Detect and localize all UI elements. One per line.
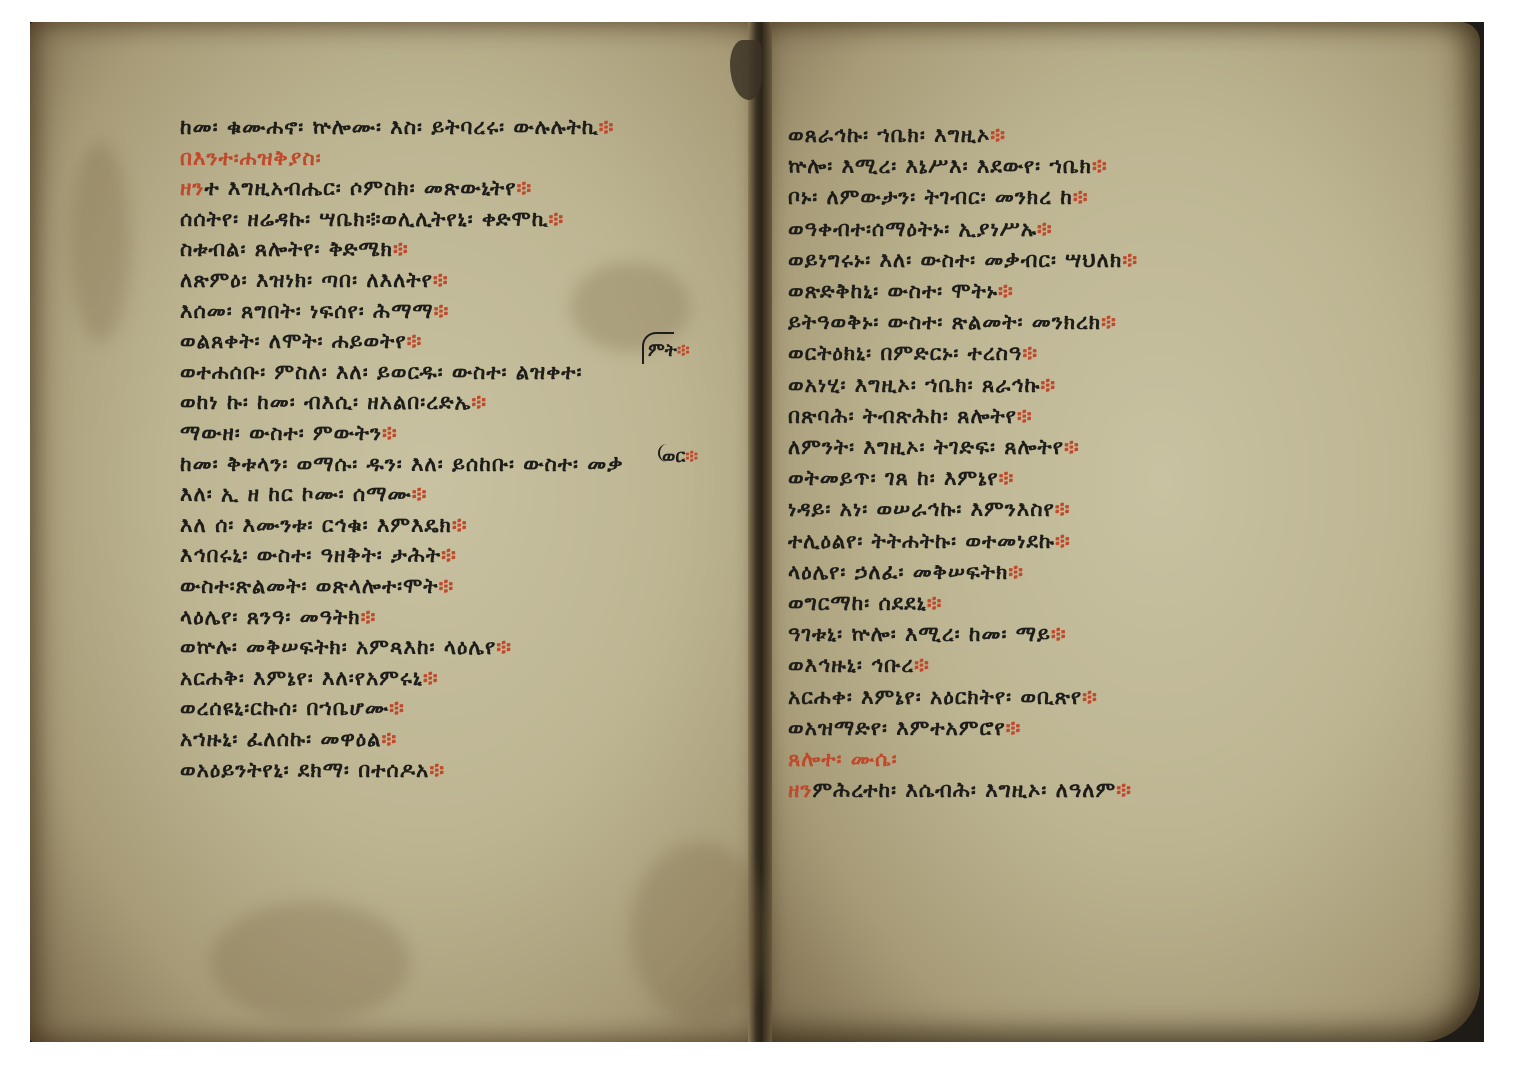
verse-divider-mark: ፨ <box>599 115 615 139</box>
text-line: እሰመ፡ ጸግበት፡ ነፍሰየ፡ ሕማማ፨ <box>180 298 449 324</box>
text-line: ወርትዕክኒ፡ በምድርኑ፡ ተረስዓ፨ <box>788 340 1038 366</box>
line-text: ወአዝማድየ፡ እምተአምሮየ <box>788 716 1006 740</box>
verse-divider-mark: ፨ <box>412 482 428 506</box>
line-text: ወግርማከ፡ ሰደደኒ <box>788 591 927 615</box>
line-text: ወይነግሩኑ፡ እለ፡ ውስተ፡ መቃብር፡ ሣህለክ <box>788 248 1122 272</box>
text-line: ወዓቀብተ፡ሰማዕትኑ፡ ኢያነሥኡ፨ <box>788 216 1053 242</box>
verse-divider-mark: ፨ <box>1022 341 1038 365</box>
line-text: ወአዕይንትየኒ፡ ደክማ፡ በተሰዶአ <box>180 758 429 782</box>
line-text: ላዕሌየ፡ ጸንዓ፡ መዓትክ <box>180 605 361 629</box>
text-line: አርሐቀ፡ እምኔየ፡ አዕርክትየ፡ ወቢጽየ፨ <box>788 684 1098 710</box>
text-line: ተሊዕልየ፡ ትትሐትኩ፡ ወተመነደኩ፨ <box>788 528 1071 554</box>
margin-note: ምት፨ <box>648 340 690 361</box>
verse-divider-mark: ፨ <box>1055 529 1071 553</box>
verse-divider-mark: ፨ <box>1092 154 1108 178</box>
rubric-initial: ዘን <box>180 176 204 200</box>
verse-divider-mark: ፨ <box>1073 185 1089 209</box>
verse-divider-mark: ፨ <box>441 543 457 567</box>
line-text: ዓገቱኒ፡ ኵሎ፡ እሚረ፡ ከመ፡ ማይ <box>788 622 1051 646</box>
text-line: ወእኅዙኒ፡ ኅቡረ፨ <box>788 652 930 678</box>
line-text: ወአነሂ፡ እግዚኦ፡ ኀቤክ፡ ጸራኅኩ <box>788 373 1040 397</box>
manuscript-photo: ከመ፡ ቁሙሐኖ፡ ኵሎሙ፡ እስ፡ ይትባረሩ፡ ውሉሉትኪ፨በእንተ፡ሐዝቅ… <box>30 22 1484 1042</box>
line-text: ወርትዕክኒ፡ በምድርኑ፡ ተረስዓ <box>788 341 1022 365</box>
line-text: ወእኅዙኒ፡ ኅቡረ <box>788 653 914 677</box>
verse-divider-mark: ፨ <box>361 605 377 629</box>
stain <box>630 842 770 1022</box>
verse-divider-mark: ፨ <box>452 513 468 537</box>
line-text: አርሐቅ፡ እምኔየ፡ እለ፡የአምሩኒ <box>180 666 423 690</box>
verse-divider-mark: ፨ <box>914 653 930 677</box>
text-line: ወጽድቅከኒ፡ ውስተ፡ ሞትኑ፨ <box>788 278 1014 304</box>
text-line: በእንተ፡ሐዝቅያስ፡ <box>180 145 322 171</box>
line-text: ማውዘ፡ ውስተ፡ ምውትን <box>180 421 382 445</box>
line-text: ወትመይጥ፡ ገጸ ከ፡ እምኔየ <box>788 466 999 490</box>
line-text: ዘንምሕረተከ፡ እሴብሕ፡ እግዚኦ፡ ለዓለም <box>788 778 1116 802</box>
text-line: ወልጸቀት፡ ለሞት፡ ሐይወትየ፨ <box>180 328 422 354</box>
text-line: ማውዘ፡ ውስተ፡ ምውትን፨ <box>180 420 398 446</box>
text-line: ላዕሌየ፡ ኃለፈ፡ መቅሠፍትክ፨ <box>788 559 1024 585</box>
line-text: ዘንተ እግዚአብሔር፡ ሶምስክ፡ መጽውኒትየ <box>180 176 516 200</box>
line-text: ወልጸቀት፡ ለሞት፡ ሐይወትየ <box>180 329 407 353</box>
line-text: እለ፡ ኢ ዘ ከር ኮሙ፡ ሰማሙ <box>180 482 412 506</box>
verse-divider-mark: ፨ <box>1082 685 1098 709</box>
verse-divider-mark: ፨ <box>1017 404 1033 428</box>
text-line: ወግርማከ፡ ሰደደኒ፨ <box>788 590 942 616</box>
text-line: ላዕሌየ፡ ጸንዓ፡ መዓትክ፨ <box>180 604 376 630</box>
line-text: ከመ፡ ቅቱላን፡ ወማሱ፡ ዱን፡ እለ፡ ይሰከቡ፡ ውስተ፡ መቃ <box>180 452 624 476</box>
text-line: ወአዕይንትየኒ፡ ደክማ፡ በተሰዶአ፨ <box>180 757 445 783</box>
text-line: ከመ፡ ቅቱላን፡ ወማሱ፡ ዱን፡ እለ፡ ይሰከቡ፡ ውስተ፡ መቃ <box>180 451 624 477</box>
line-text: እኅበሩኒ፡ ውስተ፡ ዓዘቅት፡ ታሕት <box>180 543 441 567</box>
stain <box>210 902 410 1022</box>
text-line: ስቱብል፡ ጸሎትየ፡ ቅድሜክ፨ <box>180 236 409 262</box>
line-text: እለ ሰ፡ እሙንቱ፡ ርኅቁ፡ እምእዴክ <box>180 513 452 537</box>
verse-divider-mark: ፨ <box>999 466 1015 490</box>
line-text: ወረሰዩኒ፡ርኩሰ፡ በኀቤሆሙ <box>180 696 389 720</box>
line-text: አርሐቀ፡ እምኔየ፡ አዕርክትየ፡ ወቢጽየ <box>788 685 1082 709</box>
text-line: ለምንት፡ እግዚኦ፡ ትገድፍ፡ ጸሎትየ፨ <box>788 434 1080 460</box>
rubric-initial: ዘን <box>788 778 812 802</box>
verse-divider-mark: ፨ <box>382 421 398 445</box>
text-line: ሰሰትየ፡ ዘሬዳኩ፡ ሣቤክ፨ወሊሊትየኒ፡ ቀድሞኪ፨ <box>180 206 564 232</box>
line-text: አኀዙኒ፡ ፈለሰኩ፡ መዋዕል <box>180 727 381 751</box>
verse-divider-mark: ፨ <box>438 574 454 598</box>
verse-divider-mark: ፨ <box>1116 778 1132 802</box>
text-line: ወተሐሰቡ፡ ምስለ፡ እለ፡ ይወርዱ፡ ውስተ፡ ልዝቀተ፡ <box>180 359 582 385</box>
line-text: ወጸራኅኩ፡ ኀቤክ፡ እግዚኦ <box>788 123 990 147</box>
text-line: እለ፡ ኢ ዘ ከር ኮሙ፡ ሰማሙ፨ <box>180 481 427 507</box>
text-line: ኵሎ፡ እሚረ፡ እኔሥእ፡ እደውየ፡ ኀቤክ፨ <box>788 153 1108 179</box>
line-text: ጸሎተ፡ ሙሴ፡ <box>788 747 898 771</box>
text-line: እለ ሰ፡ እሙንቱ፡ ርኅቁ፡ እምእዴክ፨ <box>180 512 468 538</box>
line-text: ነዳይ፡ አነ፡ ወሠራኅኩ፡ እምንእስየ <box>788 497 1055 521</box>
text-line: ዘንተ እግዚአብሔር፡ ሶምስክ፡ መጽውኒትየ፨ <box>180 175 532 201</box>
verse-divider-mark: ፨ <box>1037 217 1053 241</box>
text-line: ወአነሂ፡ እግዚኦ፡ ኀቤክ፡ ጸራኅኩ፨ <box>788 372 1056 398</box>
verse-divider-mark: ፨ <box>389 696 405 720</box>
text-line: ዘንምሕረተከ፡ እሴብሕ፡ እግዚኦ፡ ለዓለም፨ <box>788 777 1132 803</box>
verse-divider-mark: ፨ <box>998 279 1014 303</box>
text-line: እኅበሩኒ፡ ውስተ፡ ዓዘቅት፡ ታሕት፨ <box>180 542 457 568</box>
verse-divider-mark: ፨ <box>927 591 943 615</box>
line-text: ተሊዕልየ፡ ትትሐትኩ፡ ወተመነደኩ <box>788 529 1055 553</box>
line-text: ወተሐሰቡ፡ ምስለ፡ እለ፡ ይወርዱ፡ ውስተ፡ ልዝቀተ፡ <box>180 360 582 384</box>
text-line: ወትመይጥ፡ ገጸ ከ፡ እምኔየ፨ <box>788 465 1014 491</box>
line-text: ወጽድቅከኒ፡ ውስተ፡ ሞትኑ <box>788 279 998 303</box>
text-line: ከመ፡ ቁሙሐኖ፡ ኵሎሙ፡ እስ፡ ይትባረሩ፡ ውሉሉትኪ፨ <box>180 114 614 140</box>
verse-divider-mark: ፨ <box>990 123 1006 147</box>
text-line: ወኵሉ፡ መቅሠፍትክ፡ አምጻእከ፡ ላዕሌየ፨ <box>180 634 512 660</box>
line-text: ወኵሉ፡ መቅሠፍትክ፡ አምጻእከ፡ ላዕሌየ <box>180 635 496 659</box>
verse-divider-mark: ፨ <box>1040 373 1056 397</box>
line-text: በጽባሕ፡ ትብጽሕከ፡ ጸሎትየ <box>788 404 1017 428</box>
line-text: እሰመ፡ ጸግበት፡ ነፍሰየ፡ ሕማማ <box>180 299 434 323</box>
line-text: ወከነ ኩ፡ ከመ፡ ብእሲ፡ ዘአልበ፡ረድኤ <box>180 390 471 414</box>
verse-divider-mark: ፨ <box>516 176 532 200</box>
verse-divider-mark: ፨ <box>1051 622 1067 646</box>
text-line: አኀዙኒ፡ ፈለሰኩ፡ መዋዕል፨ <box>180 726 397 752</box>
text-line: ወጸራኅኩ፡ ኀቤክ፡ እግዚኦ፨ <box>788 122 1006 148</box>
line-text: ላዕሌየ፡ ኃለፈ፡ መቅሠፍትክ <box>788 560 1008 584</box>
line-text: ቦኑ፡ ለምውታን፡ ትገብር፡ መንክረ ከ <box>788 185 1073 209</box>
verse-divider-mark: ፨ <box>471 390 487 414</box>
text-line: ነዳይ፡ አነ፡ ወሠራኅኩ፡ እምንእስየ፨ <box>788 496 1071 522</box>
text-line: ጸሎተ፡ ሙሴ፡ <box>788 746 898 772</box>
margin-note: ወር፨ <box>662 446 698 467</box>
text-line: ወይነግሩኑ፡ እለ፡ ውስተ፡ መቃብር፡ ሣህለክ፨ <box>788 247 1138 273</box>
verse-divider-mark: ፨ <box>407 329 423 353</box>
text-line: ለጽምዕ፡ እዝነክ፡ ጣበ፡ ለእለትየ፨ <box>180 267 449 293</box>
verse-divider-mark: ፨ <box>1006 716 1022 740</box>
line-text: ከመ፡ ቁሙሐኖ፡ ኵሎሙ፡ እስ፡ ይትባረሩ፡ ውሉሉትኪ <box>180 115 599 139</box>
text-line: ውስተ፡ጽልመት፡ ወጽላሎተ፡ሞት፨ <box>180 573 454 599</box>
verse-divider-mark: ፨ <box>1064 435 1080 459</box>
text-line: ወከነ ኩ፡ ከመ፡ ብእሲ፡ ዘአልበ፡ረድኤ፨ <box>180 389 487 415</box>
verse-divider-mark: ፨ <box>1101 310 1117 334</box>
verse-divider-mark: ፨ <box>496 635 512 659</box>
verse-divider-mark: ፨ <box>1008 560 1024 584</box>
text-line: አርሐቅ፡ እምኔየ፡ እለ፡የአምሩኒ፨ <box>180 665 439 691</box>
verse-divider-mark: ፨ <box>1055 497 1071 521</box>
verse-divider-mark: ፨ <box>381 727 397 751</box>
line-text: ኵሎ፡ እሚረ፡ እኔሥእ፡ እደውየ፡ ኀቤክ <box>788 154 1092 178</box>
text-line: በጽባሕ፡ ትብጽሕከ፡ ጸሎትየ፨ <box>788 403 1033 429</box>
text-line: ይትዓወቅኑ፡ ውስተ፡ ጽልመት፡ መንክረክ፨ <box>788 309 1117 335</box>
text-line: ቦኑ፡ ለምውታን፡ ትገብር፡ መንክረ ከ፨ <box>788 184 1089 210</box>
line-text: ሰሰትየ፡ ዘሬዳኩ፡ ሣቤክ፨ወሊሊትየኒ፡ ቀድሞኪ <box>180 207 548 231</box>
verse-divider-mark: ፨ <box>423 666 439 690</box>
verse-divider-mark: ፨ <box>434 299 450 323</box>
text-line: ወረሰዩኒ፡ርኩሰ፡ በኀቤሆሙ፨ <box>180 695 405 721</box>
text-line: ዓገቱኒ፡ ኵሎ፡ እሚረ፡ ከመ፡ ማይ፨ <box>788 621 1067 647</box>
verse-divider-mark: ፨ <box>1122 248 1138 272</box>
stain <box>70 142 130 342</box>
line-text: ይትዓወቅኑ፡ ውስተ፡ ጽልመት፡ መንክረክ <box>788 310 1101 334</box>
verse-divider-mark: ፨ <box>548 207 564 231</box>
text-line: ወአዝማድየ፡ እምተአምሮየ፨ <box>788 715 1021 741</box>
verse-divider-mark: ፨ <box>433 268 449 292</box>
verse-divider-mark: ፨ <box>393 237 409 261</box>
verse-divider-mark: ፨ <box>429 758 445 782</box>
line-text: ለጽምዕ፡ እዝነክ፡ ጣበ፡ ለእለትየ <box>180 268 433 292</box>
line-text: በእንተ፡ሐዝቅያስ፡ <box>180 146 322 170</box>
line-text: ውስተ፡ጽልመት፡ ወጽላሎተ፡ሞት <box>180 574 438 598</box>
line-text: ወዓቀብተ፡ሰማዕትኑ፡ ኢያነሥኡ <box>788 217 1037 241</box>
line-text: ለምንት፡ እግዚኦ፡ ትገድፍ፡ ጸሎትየ <box>788 435 1064 459</box>
line-text: ስቱብል፡ ጸሎትየ፡ ቅድሜክ <box>180 237 393 261</box>
